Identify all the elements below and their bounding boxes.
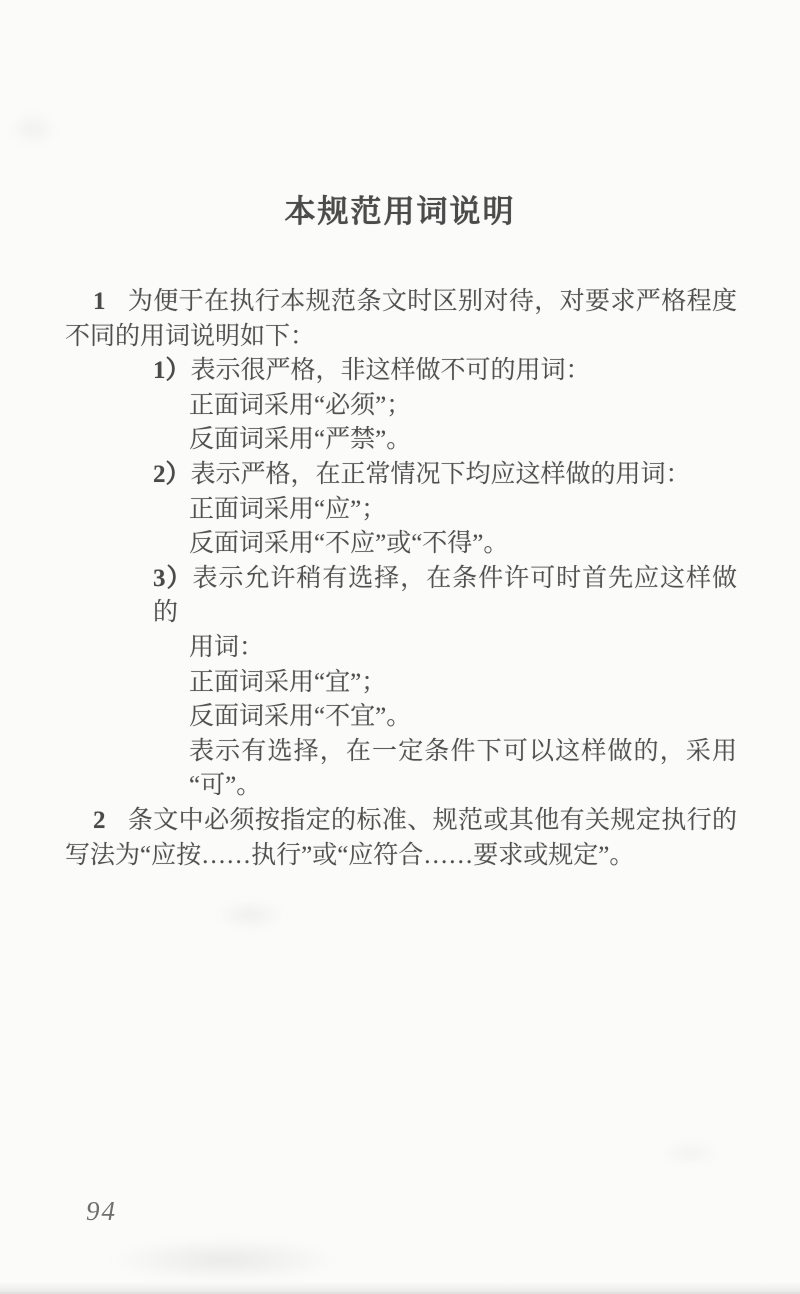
- text-line: 2）表示严格，在正常情况下均应这样做的用词：: [65, 458, 737, 493]
- item-number: 2: [93, 807, 106, 834]
- scan-smudge: [110, 1238, 340, 1282]
- line-text: 用词：: [189, 634, 264, 661]
- text-line: 用词：: [65, 631, 737, 666]
- text-line: 不同的用词说明如下：: [65, 320, 737, 355]
- list-marker: 2）: [153, 461, 191, 488]
- line-text: 反面词采用“不应”或“不得”。: [189, 530, 508, 557]
- text-line: 反面词采用“不宜”。: [65, 700, 737, 735]
- line-text: 写法为“应按……执行”或“应符合……要求或规定”。: [65, 842, 634, 869]
- text-line: 正面词采用“必须”；: [65, 389, 737, 424]
- text-line: 正面词采用“应”；: [65, 493, 737, 528]
- text-line: 反面词采用“不应”或“不得”。: [65, 527, 737, 562]
- text-line: 1）表示很严格，非这样做不可的用词：: [65, 354, 737, 389]
- line-text: “可”。: [189, 772, 261, 799]
- text-line: 反面词采用“严禁”。: [65, 423, 737, 458]
- scan-smudge: [660, 1140, 720, 1166]
- line-text: 反面词采用“不宜”。: [189, 703, 411, 730]
- document-page: 本规范用词说明 1为便于在执行本规范条文时区别对待，对要求严格程度 不同的用词说…: [0, 0, 800, 1294]
- text-line: 表示有选择，在一定条件下可以这样做的，采用: [65, 735, 737, 770]
- text-line: “可”。: [65, 769, 737, 804]
- text-line: 正面词采用“宜”；: [65, 666, 737, 701]
- line-text: 正面词采用“宜”；: [189, 669, 386, 696]
- scan-smudge: [215, 900, 285, 930]
- page-title: 本规范用词说明: [0, 186, 800, 231]
- line-text: 表示很严格，非这样做不可的用词：: [191, 357, 591, 384]
- line-text: 表示有选择，在一定条件下可以这样做的，采用: [189, 738, 737, 765]
- line-text: 反面词采用“严禁”。: [189, 426, 411, 453]
- text-line: 写法为“应按……执行”或“应符合……要求或规定”。: [65, 839, 737, 874]
- line-text: 正面词采用“应”；: [189, 496, 386, 523]
- list-marker: 1）: [153, 357, 191, 384]
- text-line: 3）表示允许稍有选择，在条件许可时首先应这样做的: [65, 562, 737, 631]
- line-text: 条文中必须按指定的标准、规范或其他有关规定执行的: [128, 807, 738, 834]
- line-text: 表示允许稍有选择，在条件许可时首先应这样做的: [153, 565, 737, 627]
- document-body: 1为便于在执行本规范条文时区别对待，对要求严格程度 不同的用词说明如下： 1）表…: [65, 285, 737, 873]
- page-number: 94: [86, 1196, 117, 1227]
- item-number: 1: [93, 288, 106, 315]
- line-text: 正面词采用“必须”；: [189, 392, 411, 419]
- scan-edge-shadow: [0, 1282, 800, 1294]
- line-text: 为便于在执行本规范条文时区别对待，对要求严格程度: [128, 288, 738, 315]
- list-marker: 3）: [153, 565, 192, 592]
- line-text: 表示严格，在正常情况下均应这样做的用词：: [191, 461, 691, 488]
- text-line: 1为便于在执行本规范条文时区别对待，对要求严格程度: [65, 285, 737, 320]
- text-line: 2条文中必须按指定的标准、规范或其他有关规定执行的: [65, 804, 737, 839]
- scan-smudge: [8, 112, 58, 146]
- line-text: 不同的用词说明如下：: [65, 323, 315, 350]
